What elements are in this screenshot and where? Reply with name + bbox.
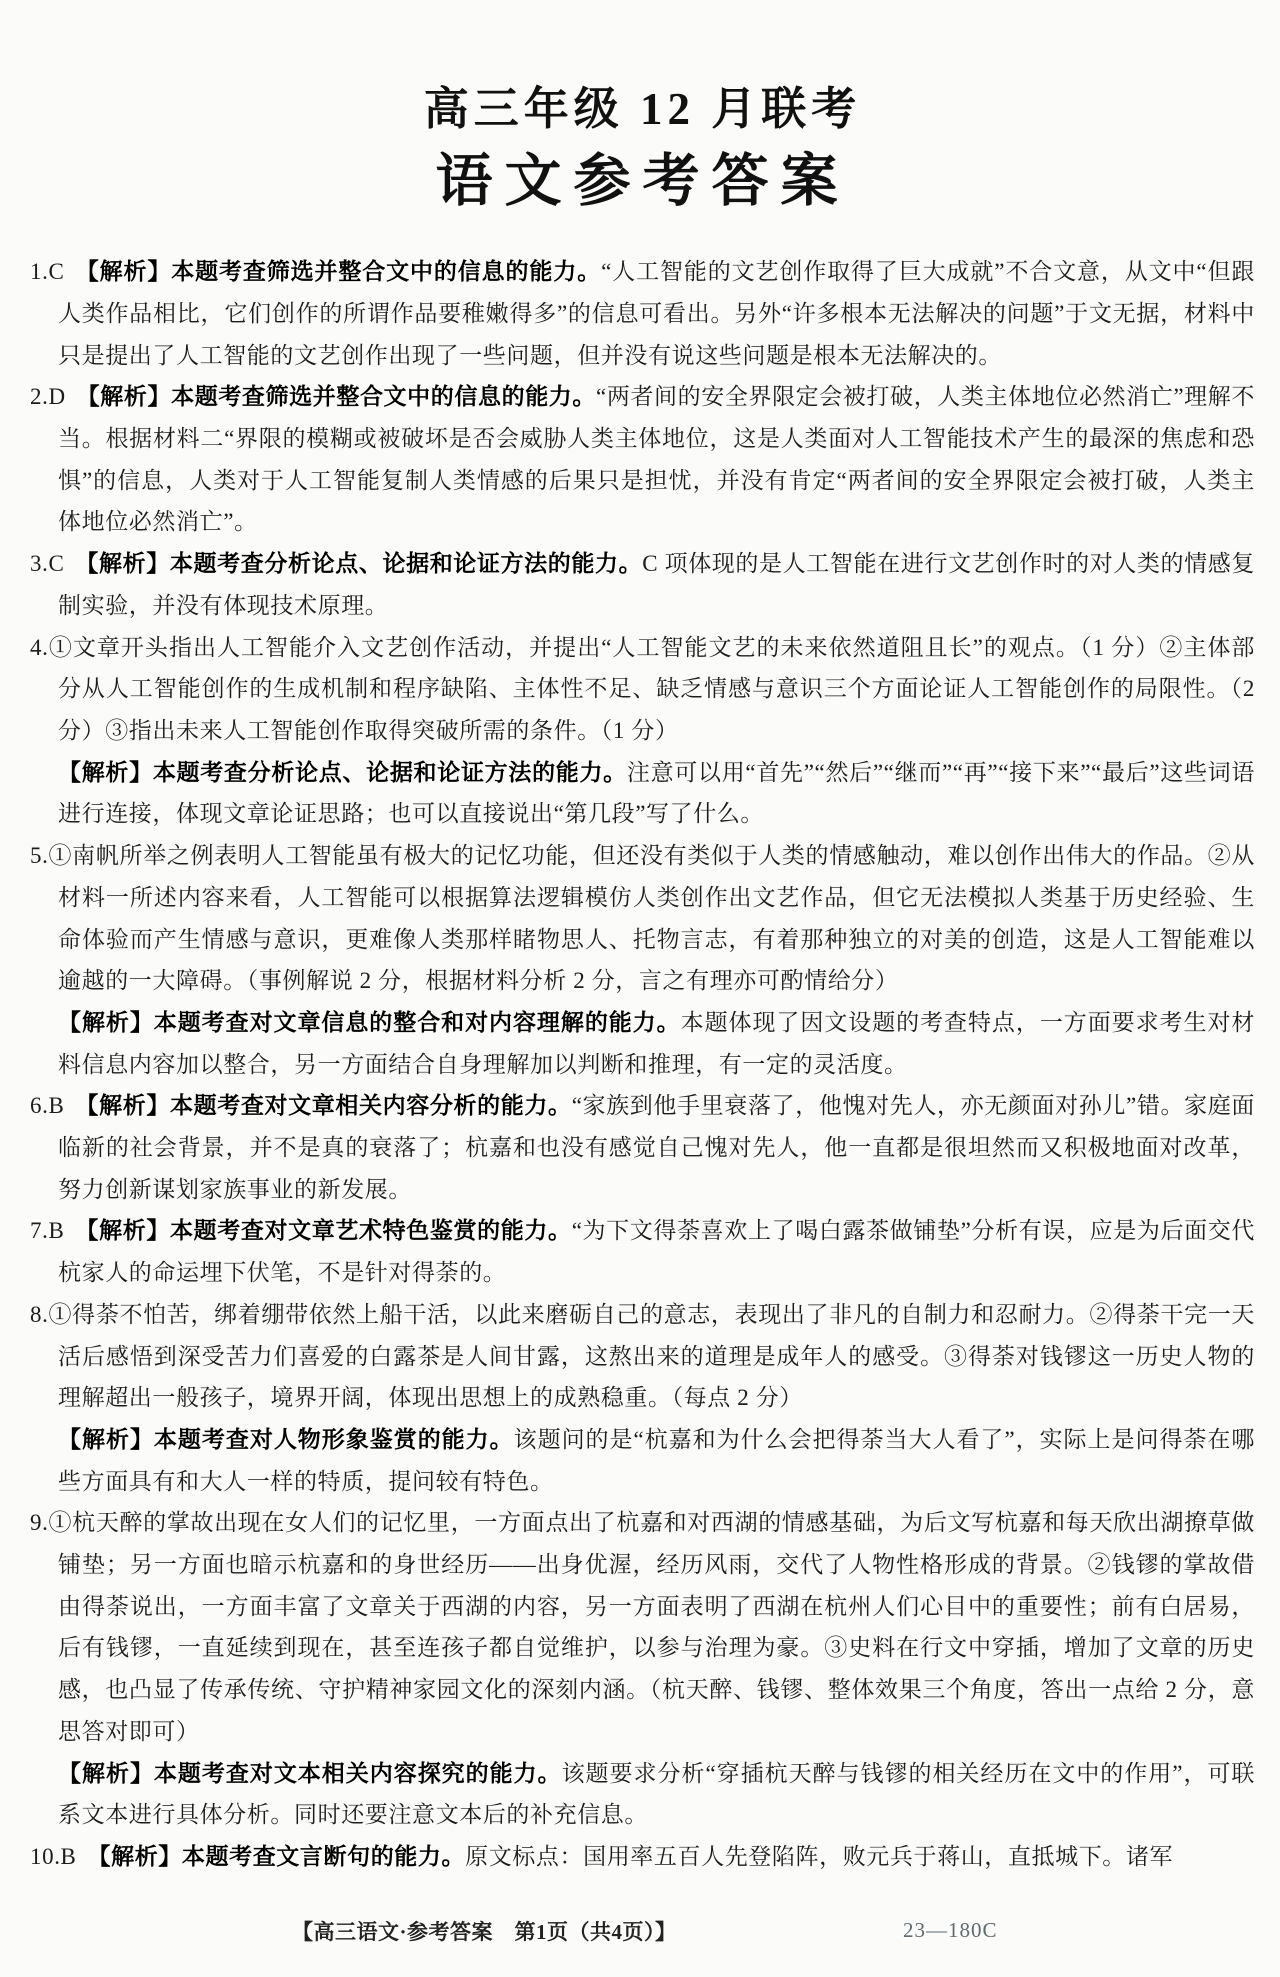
answer-analysis-lead: 【解析】本题考查文言断句的能力。 bbox=[88, 1844, 466, 1869]
answer-item-prefix: 6.B bbox=[30, 1093, 64, 1118]
answer-paragraph: 4.①文章开头指出人工智能介入文艺创作活动，并提出“人工智能文艺的未来依然道阻且… bbox=[30, 627, 1255, 752]
answer-text: ①南帆所举之例表明人工智能虽有极大的记忆功能，但还没有类似于人类的情感触动，难以… bbox=[48, 843, 1255, 993]
answer-analysis-lead: 【解析】本题考查对文章相关内容分析的能力。 bbox=[75, 1093, 571, 1118]
answer-analysis-lead: 【解析】本题考查筛选并整合文中的信息的能力。 bbox=[77, 384, 596, 409]
answer-paragraph: 10.B【解析】本题考查文言断句的能力。原文标点：国用率五百人先登陷阵，败元兵于… bbox=[30, 1836, 1255, 1878]
footer-paper-code: 23—180C bbox=[903, 1918, 998, 1943]
answer-paragraph: 1.C【解析】本题考查筛选并整合文中的信息的能力。“人工智能的文艺创作取得了巨大… bbox=[30, 251, 1255, 376]
answer-text: 原文标点：国用率五百人先登陷阵，败元兵于蒋山，直抵城下。诸军 bbox=[465, 1844, 1173, 1869]
answer-paragraph: 3.C【解析】本题考查分析论点、论据和论证方法的能力。C 项体现的是人工智能在进… bbox=[30, 543, 1255, 626]
answer-text: ①杭天醉的掌故出现在女人们的记忆里，一方面点出了杭嘉和对西湖的情感基础，为后文写… bbox=[48, 1510, 1255, 1744]
answer-item-prefix: 1.C bbox=[30, 259, 64, 284]
answer-analysis-lead: 【解析】本题考查对文章信息的整合和对内容理解的能力。 bbox=[58, 1010, 681, 1035]
answer-item-prefix: 2.D bbox=[30, 384, 66, 409]
answer-paragraph: 【解析】本题考查对文章信息的整合和对内容理解的能力。本题体现了因文设题的考查特点… bbox=[30, 1002, 1255, 1085]
answer-paragraph: 7.B【解析】本题考查对文章艺术特色鉴赏的能力。“为下文得荼喜欢上了喝白露茶做铺… bbox=[30, 1210, 1255, 1293]
exam-title: 高三年级 12 月联考 bbox=[30, 82, 1255, 136]
page-footer: 【高三语文·参考答案 第1页（共4页）】 23—180C bbox=[0, 1916, 1280, 1950]
answer-text: ①文章开头指出人工智能介入文艺创作活动，并提出“人工智能文艺的未来依然道阻且长”… bbox=[48, 635, 1255, 743]
title-block: 高三年级 12 月联考 语文参考答案 bbox=[30, 82, 1255, 217]
exam-answer-page: 高三年级 12 月联考 语文参考答案 1.C【解析】本题考查筛选并整合文中的信息… bbox=[0, 82, 1280, 1878]
footer-page-label: 【高三语文·参考答案 第1页（共4页）】 bbox=[292, 1916, 677, 1946]
answer-item-prefix: 4. bbox=[30, 635, 48, 660]
answer-item-prefix: 3.C bbox=[30, 551, 64, 576]
answer-paragraph: 【解析】本题考查对文本相关内容探究的能力。该题要求分析“穿插杭天醉与钱镠的相关经… bbox=[30, 1753, 1255, 1836]
answer-item-prefix: 5. bbox=[30, 843, 48, 868]
answer-paragraph: 6.B【解析】本题考查对文章相关内容分析的能力。“家族到他手里衰落了，他愧对先人… bbox=[30, 1085, 1255, 1210]
answer-paragraph: 9.①杭天醉的掌故出现在女人们的记忆里，一方面点出了杭嘉和对西湖的情感基础，为后… bbox=[30, 1502, 1255, 1752]
page-title: 语文参考答案 bbox=[30, 146, 1255, 217]
answer-analysis-lead: 【解析】本题考查对文章艺术特色鉴赏的能力。 bbox=[75, 1218, 571, 1243]
answer-paragraph: 5.①南帆所举之例表明人工智能虽有极大的记忆功能，但还没有类似于人类的情感触动，… bbox=[30, 835, 1255, 1002]
answer-item-prefix: 9. bbox=[30, 1510, 48, 1535]
answer-paragraph: 【解析】本题考查对人物形象鉴赏的能力。该题问的是“杭嘉和为什么会把得荼当大人看了… bbox=[30, 1419, 1255, 1502]
answer-paragraph: 8.①得荼不怕苦，绑着绷带依然上船干活，以此来磨砺自己的意志，表现出了非凡的自制… bbox=[30, 1294, 1255, 1419]
answer-paragraph: 2.D【解析】本题考查筛选并整合文中的信息的能力。“两者间的安全界限定会被打破，… bbox=[30, 376, 1255, 543]
answer-analysis-lead: 【解析】本题考查分析论点、论据和论证方法的能力。 bbox=[75, 551, 642, 576]
answer-analysis-lead: 【解析】本题考查对人物形象鉴赏的能力。 bbox=[58, 1427, 514, 1452]
answers-section: 1.C【解析】本题考查筛选并整合文中的信息的能力。“人工智能的文艺创作取得了巨大… bbox=[30, 251, 1255, 1877]
answer-text: ①得荼不怕苦，绑着绷带依然上船干活，以此来磨砺自己的意志，表现出了非凡的自制力和… bbox=[48, 1302, 1255, 1410]
answer-item-prefix: 10.B bbox=[30, 1844, 77, 1869]
answer-analysis-lead: 【解析】本题考查筛选并整合文中的信息的能力。 bbox=[75, 259, 601, 284]
answer-item-prefix: 7.B bbox=[30, 1218, 64, 1243]
answer-item-prefix: 8. bbox=[30, 1302, 48, 1327]
answer-paragraph: 【解析】本题考查分析论点、论据和论证方法的能力。注意可以用“首先”“然后”“继而… bbox=[30, 752, 1255, 835]
answer-analysis-lead: 【解析】本题考查对文本相关内容探究的能力。 bbox=[58, 1761, 562, 1786]
answer-analysis-lead: 【解析】本题考查分析论点、论据和论证方法的能力。 bbox=[58, 760, 627, 785]
